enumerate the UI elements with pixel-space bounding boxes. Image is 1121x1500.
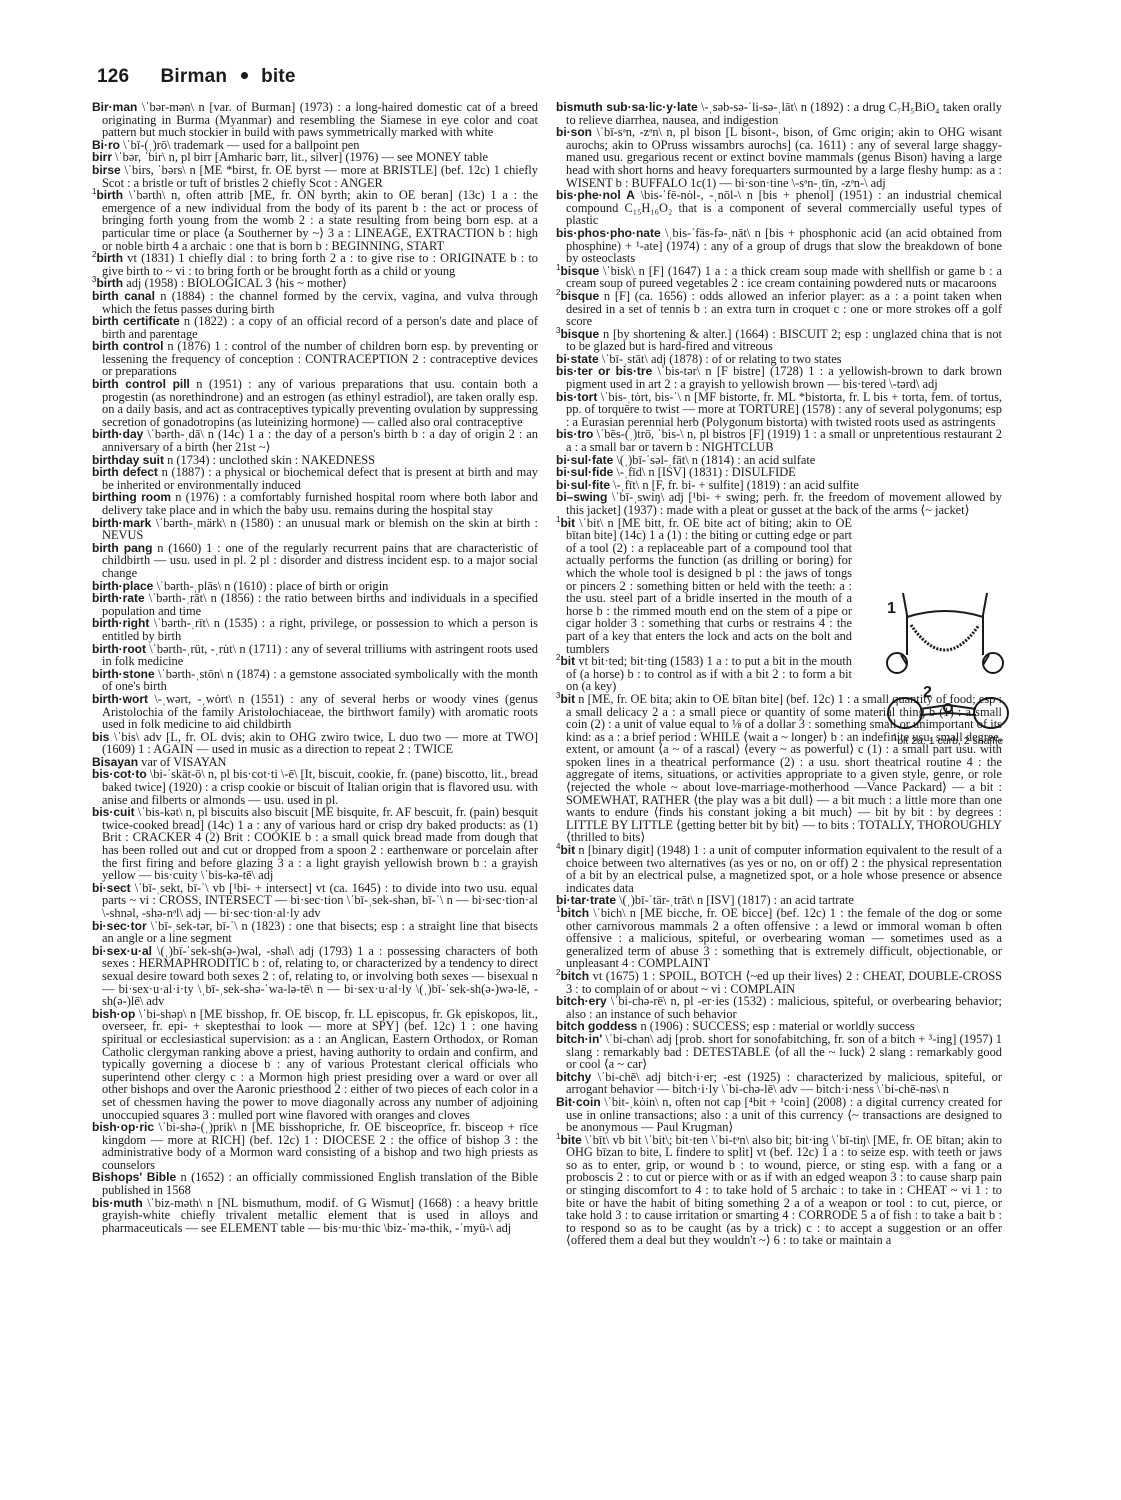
definition-text: n [F] (ca. 1656) : odds allowed an infer… — [566, 289, 1002, 328]
dictionary-entry: Bishops' Bible n (1652) : an officially … — [92, 1171, 538, 1196]
dictionary-entry: 1birth \ˈbərth\ n, often attrib [ME, fr.… — [92, 189, 538, 252]
dictionary-entry: birth canal n (1884) : the channel forme… — [92, 290, 538, 315]
dictionary-entry: bi–swing \ˈbī-ˌswiŋ\ adj [¹bi- + swing; … — [556, 491, 1002, 516]
definition-text: \ˈbich\ n [ME bicche, fr. OE bicce] (bef… — [566, 906, 1002, 970]
dictionary-entry: birth control n (1876) 1 : control of th… — [92, 340, 538, 378]
definition-text: \ˈbərth-ˌrīt\ n (1535) : a right, privil… — [102, 616, 538, 643]
definition-text: \ˈbərth-ˌdā\ n (14c) 1 a : the day of a … — [102, 427, 538, 454]
definition-text: \ˈbərth-ˌrāt\ n (1856) : the ratio betwe… — [102, 591, 538, 618]
dictionary-entry: bi·son \ˈbī-sᵊn, -zᵊn\ n, pl bison [L bi… — [556, 126, 1002, 189]
dictionary-entry: 1bisque \ˈbisk\ n [F] (1647) 1 a : a thi… — [556, 265, 1002, 290]
dictionary-entry: bis·muth \ˈbiz-məth\ n [NL bismuthum, mo… — [92, 1197, 538, 1235]
definition-text: vt (1831) 1 chiefly dial : to bring fort… — [102, 251, 538, 278]
dictionary-entry: bis·tort \ˈbis-ˌtȯrt, bis-ˈ\ n [MF bisto… — [556, 391, 1002, 429]
dictionary-entry: birth·right \ˈbərth-ˌrīt\ n (1535) : a r… — [92, 617, 538, 642]
dictionary-entry: birth pang n (1660) 1 : one of the regul… — [92, 542, 538, 580]
dictionary-entry: bis·phos·pho·nate \ˌbis-ˈfäs-fə-ˌnāt\ n … — [556, 227, 1002, 265]
definition-text: \(ˌ)bī-ˈsek-sh(ə-)wəl, -shəl\ adj (1793)… — [102, 944, 538, 1008]
definition-text: \ˈbīt\ vb bit \ˈbit\; bit·ten \ˈbi-tᵊn\ … — [566, 1133, 1002, 1248]
definition-text: \ˈbit-ˌkȯin\ n, often not cap [⁴bit + ¹c… — [566, 1095, 1002, 1134]
definition-text: \-ˌwərt, -ˌwȯrt\ n (1551) : any of sever… — [102, 692, 538, 731]
dictionary-entry: bismuth sub·sa·lic·y·late \-ˌsəb-sə-ˈli-… — [556, 101, 1002, 126]
definition-text: \ˈbī-sᵊn, -zᵊn\ n, pl bison [L bisont-, … — [566, 125, 1002, 189]
dictionary-entry: birse \ˈbirs, ˈbərs\ n [ME *birst, fr. O… — [92, 164, 538, 189]
definition-text: \ˈbi-chə-rē\ n, pl -er·ies (1532) : mali… — [566, 994, 1002, 1021]
definition-text: \ˈbər-mən\ n [var. of Burman] (1973) : a… — [102, 100, 538, 139]
dictionary-entry: bis \ˈbis\ adv [L, fr. OL dvis; akin to … — [92, 731, 538, 756]
definition-text: vt bit·ted; bit·ting (1583) 1 a : to put… — [566, 654, 852, 693]
horse-bit-drawing-icon: 1 2 — [873, 585, 1023, 735]
dictionary-entry: bi·sex·u·al \(ˌ)bī-ˈsek-sh(ə-)wəl, -shəl… — [92, 945, 538, 1008]
definition-text: \ˈbi-chən\ adj [prob. short for sonofabi… — [566, 1032, 1002, 1071]
definition-text: \ˈbis-kət\ n, pl biscuits also biscuit [… — [102, 805, 538, 882]
definition-text: \ˈbēs-(ˌ)trō, ˈbis-\ n, pl bistros [F] (… — [566, 427, 1002, 454]
dictionary-entry: 2bitch vt (1675) 1 : SPOIL, BOTCH ⟨~ed u… — [556, 970, 1002, 995]
dictionary-entry: bis·cot·to \bi-ˈskät-ō\ n, pl bis·cot·ti… — [92, 768, 538, 806]
definition-text: \ˈbi-shə-(ˌ)prik\ n [ME bisshopriche, fr… — [102, 1120, 538, 1172]
dictionary-entry: 1bitch \ˈbich\ n [ME bicche, fr. OE bicc… — [556, 907, 1002, 970]
definition-text: n (1884) : the channel formed by the cer… — [102, 289, 538, 316]
svg-text:2: 2 — [923, 684, 932, 701]
dictionary-entry: 2bisque n [F] (ca. 1656) : odds allowed … — [556, 290, 1002, 328]
definition-text: n [by shortening & alter.] (1664) : BISC… — [566, 327, 1002, 354]
dictionary-entry: Bit·coin \ˈbit-ˌkȯin\ n, often not cap [… — [556, 1096, 1002, 1134]
definition-text: \ˈbī-ˌsekt, bī-ˈ\ vb [¹bi- + intersect] … — [102, 881, 538, 920]
page-number: 126 — [97, 66, 155, 88]
running-head: 126 Birman bite — [97, 66, 296, 88]
bit-illustration: 1 2 1bit 2a: 1 curb, 2 snaffle — [873, 585, 1023, 770]
dictionary-entry: bis·cuit \ˈbis-kət\ n, pl biscuits also … — [92, 806, 538, 882]
guide-word-last: bite — [261, 66, 296, 87]
definition-text: \ˈbit\ n [ME bitt, fr. OE bite act of bi… — [566, 516, 852, 656]
dictionary-entry: bish·op \ˈbi-shəp\ n [ME bisshop, fr. OE… — [92, 1008, 538, 1121]
dictionary-entry: bish·op·ric \ˈbi-shə-(ˌ)prik\ n [ME biss… — [92, 1121, 538, 1171]
dictionary-entry: birth·day \ˈbərth-ˌdā\ n (14c) 1 a : the… — [92, 428, 538, 453]
guide-word-first: Birman — [160, 66, 227, 87]
dictionary-entry: birth·wort \-ˌwərt, -ˌwȯrt\ n (1551) : a… — [92, 693, 538, 731]
dictionary-entry: 3bisque n [by shortening & alter.] (1664… — [556, 328, 1002, 353]
dictionary-entry: bitchy \ˈbi-chē\ adj bitch·i·er; -est (1… — [556, 1071, 1002, 1096]
definition-text: \ˈbiz-məth\ n [NL bismuthum, modif. of G… — [102, 1196, 538, 1235]
definition-text: \ˈbərth-ˌstōn\ n (1874) : a gemstone ass… — [102, 667, 538, 694]
definition-text: \ˈbī-ˌswiŋ\ adj [¹bi- + swing; perh. fr.… — [566, 490, 1002, 517]
dictionary-entry: bi·sect \ˈbī-ˌsekt, bī-ˈ\ vb [¹bi- + int… — [92, 882, 538, 920]
dictionary-entry: birth·rate \ˈbərth-ˌrāt\ n (1856) : the … — [92, 592, 538, 617]
definition-text: \ˈbī-ˌsek-tər, bī-ˈ\ n (1823) : one that… — [102, 919, 538, 946]
definition-text: \bi-ˈskät-ō\ n, pl bis·cot·ti \-ē\ [It, … — [102, 767, 538, 806]
dictionary-entry: bitch·in' \ˈbi-chən\ adj [prob. short fo… — [556, 1033, 1002, 1071]
left-column: Bir·man \ˈbər-mən\ n [var. of Burman] (1… — [92, 101, 538, 1234]
definition-text: \ˈbi-chē\ adj bitch·i·er; -est (1925) : … — [566, 1070, 1002, 1097]
dictionary-entry: 4bit n [binary digit] (1948) 1 : a unit … — [556, 844, 1002, 894]
dictionary-entry: birthing room n (1976) : a comfortably f… — [92, 491, 538, 516]
definition-text: \ˈbis-ˌtȯrt, bis-ˈ\ n [MF bistorte, fr. … — [566, 390, 1002, 429]
definition-text: n (1876) 1 : control of the number of ch… — [102, 339, 538, 378]
bullet-separator — [241, 72, 248, 79]
dictionary-entry: birth·stone \ˈbərth-ˌstōn\ n (1874) : a … — [92, 668, 538, 693]
dictionary-entry: 1bite \ˈbīt\ vb bit \ˈbit\; bit·ten \ˈbi… — [556, 1134, 1002, 1247]
dictionary-entry: bis·ter or bis·tre \ˈbis-tər\ n [F bistr… — [556, 365, 1002, 390]
definition-text: n [binary digit] (1948) 1 : a unit of co… — [566, 843, 1002, 895]
dictionary-entry: bitch·ery \ˈbi-chə-rē\ n, pl -er·ies (15… — [556, 995, 1002, 1020]
definition-text: \ˈbərth-ˌmärk\ n (1580) : an unusual mar… — [102, 516, 538, 543]
figure-caption: 1bit 2a: 1 curb, 2 snaffle — [873, 735, 1023, 747]
svg-text:1: 1 — [887, 600, 896, 617]
definition-text: \ˈbərth\ n, often attrib [ME, fr. ON byr… — [102, 188, 538, 252]
dictionary-entry: birth·mark \ˈbərth-ˌmärk\ n (1580) : an … — [92, 517, 538, 542]
dictionary-entry: birth certificate n (1822) : a copy of a… — [92, 315, 538, 340]
definition-text: vt (1675) 1 : SPOIL, BOTCH ⟨~ed up their… — [566, 969, 1002, 996]
definition-text: \ˈbi-shəp\ n [ME bisshop, fr. OE biscop,… — [102, 1007, 538, 1122]
definition-text: \ˈbirs, ˈbərs\ n [ME *birst, fr. OE byrs… — [102, 163, 538, 190]
dictionary-entry: birth control pill n (1951) : any of var… — [92, 378, 538, 428]
dictionary-entry: birth·root \ˈbərth-ˌrüt, -ˌru̇t\ n (1711… — [92, 643, 538, 668]
dictionary-entry: bi·sec·tor \ˈbī-ˌsek-tər, bī-ˈ\ n (1823)… — [92, 920, 538, 945]
dictionary-entry: Bir·man \ˈbər-mən\ n [var. of Burman] (1… — [92, 101, 538, 139]
dictionary-entry: 2birth vt (1831) 1 chiefly dial : to bri… — [92, 252, 538, 277]
definition-text: \ˈbis\ adv [L, fr. OL dvis; akin to OHG … — [102, 730, 538, 757]
dictionary-entry: bis·tro \ˈbēs-(ˌ)trō, ˈbis-\ n, pl bistr… — [556, 428, 1002, 453]
definition-text: n (1887) : a physical or biochemical def… — [102, 465, 538, 492]
definition-text: \ˈbisk\ n [F] (1647) 1 a : a thick cream… — [566, 264, 1002, 291]
dictionary-entry: bis·phe·nol A \bis-ˈfē-nȯl-, -ˌnōl-\ n [… — [556, 189, 1002, 227]
definition-text: \ˈbərth-ˌrüt, -ˌru̇t\ n (1711) : any of … — [102, 642, 538, 669]
definition-text: n (1660) 1 : one of the regularly recurr… — [102, 541, 538, 580]
dictionary-entry: birth defect n (1887) : a physical or bi… — [92, 466, 538, 491]
